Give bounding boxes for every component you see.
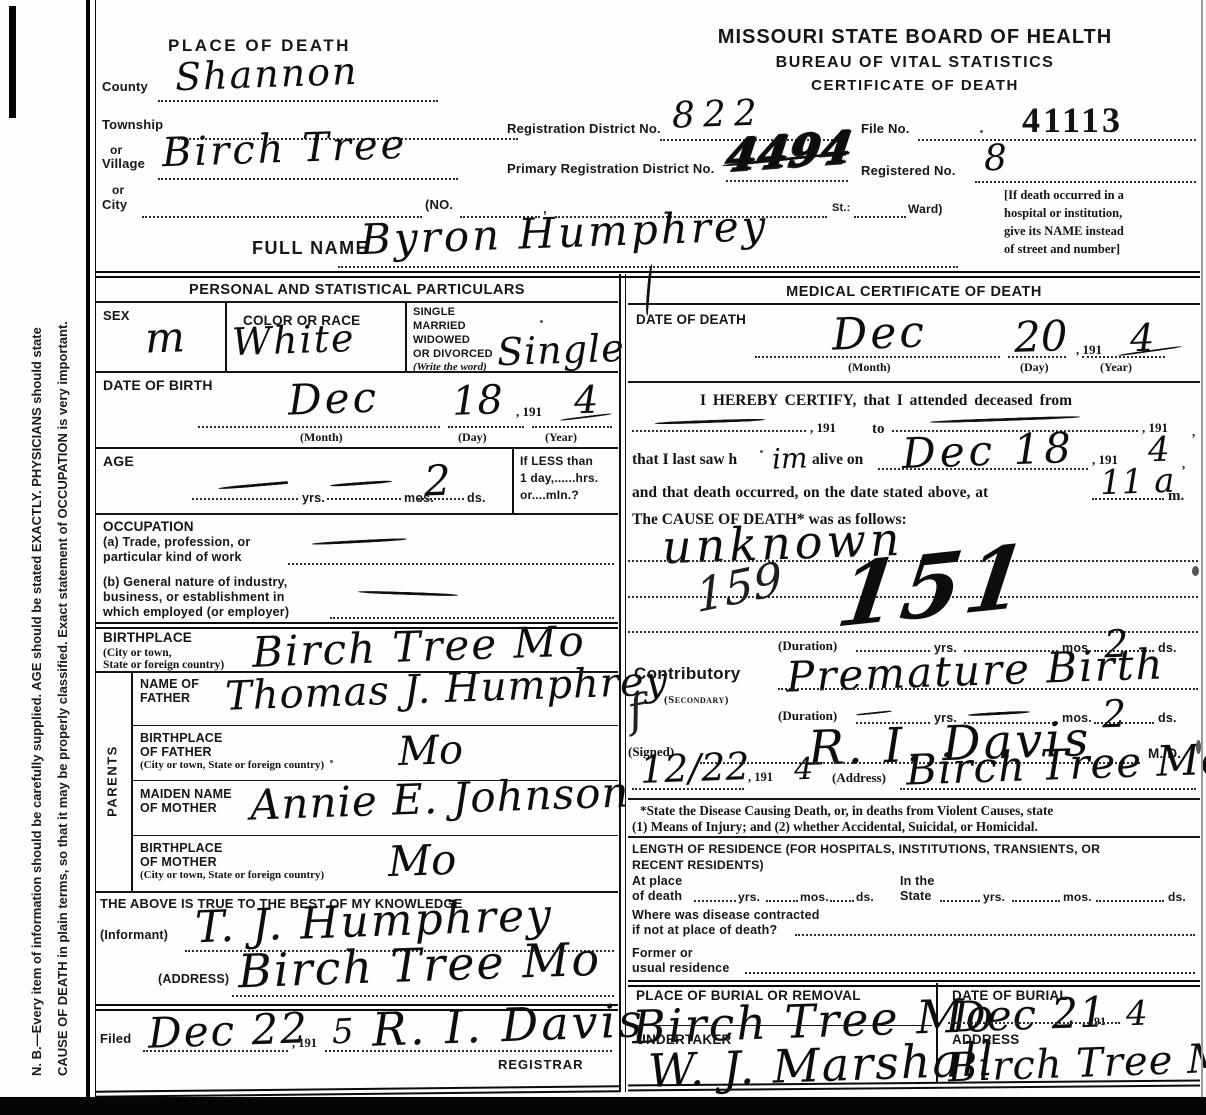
- dob-month-caption: (Month): [300, 430, 343, 445]
- speck-4: [980, 130, 983, 133]
- father-birthplace-label1: BIRTHPLACE: [140, 731, 223, 745]
- ward-label: Ward): [908, 203, 943, 217]
- former-residence-label1: Former or: [632, 946, 693, 960]
- father-name-label1: NAME OF: [140, 677, 199, 691]
- mother-name-value: Annie E. Johnson: [249, 767, 630, 829]
- dod-month-caption: (Month): [848, 360, 891, 375]
- age-years-dash: [218, 481, 288, 490]
- last-saw-line: [878, 468, 1088, 470]
- date-of-death-day: 20: [1013, 311, 1068, 362]
- at-place-label1: At place: [632, 874, 682, 888]
- father-birthplace-sub: (City or town, State or foreign country): [140, 759, 324, 773]
- county-line: [158, 100, 438, 102]
- primary-registration-value: 4494: [723, 121, 856, 181]
- mother-birthplace-sub: (City or town, State or foreign country): [140, 869, 324, 883]
- st-label: St.:: [832, 202, 851, 215]
- father-birthplace-value: Mo: [397, 727, 464, 775]
- registered-no-line: [975, 181, 1196, 183]
- sex-value: m: [144, 312, 186, 362]
- registrar-label: REGISTRAR: [498, 1058, 584, 1073]
- former-residence-line: [745, 972, 1195, 974]
- at-place-ds: ds.: [856, 891, 874, 905]
- color-race-value: White: [231, 316, 356, 364]
- signed-date-line: [632, 788, 744, 790]
- hospital-note-line1: [If death occurred in a: [1004, 188, 1124, 204]
- occupation-a-line1: (a) Trade, profession, or: [103, 535, 250, 549]
- burial-date-line: [948, 1022, 1120, 1024]
- scan-edge-fragment: [9, 6, 16, 118]
- street-no-label: (NO.: [425, 198, 453, 213]
- former-residence-label2: usual residence: [632, 961, 730, 975]
- age-label: AGE: [103, 453, 134, 469]
- file-no-label: File No.: [861, 122, 910, 137]
- father-birthplace-label2: OF FATHER: [140, 745, 212, 759]
- burial-year-value: 4: [1125, 994, 1148, 1035]
- dod-month-line: [755, 356, 1000, 358]
- board-heading: MISSOURI STATE BOARD OF HEALTH: [632, 26, 1198, 49]
- st-line: [854, 216, 906, 218]
- duration2-ds-unit: ds.: [1158, 711, 1177, 725]
- father-name-rule: [131, 725, 618, 726]
- mother-name-rule: [131, 835, 618, 836]
- village-label: Village: [102, 157, 145, 172]
- occupation-a-dash: [312, 538, 407, 546]
- last-saw-alive-on: alive on: [812, 450, 863, 469]
- occupation-b-line1: (b) General nature of industry,: [103, 575, 287, 589]
- county-label: County: [102, 80, 148, 95]
- or-label-2: or: [112, 184, 124, 198]
- occupation-b-line2: business, or establishment in: [103, 590, 285, 604]
- age-days-unit: ds.: [467, 491, 486, 505]
- filed-year-value: 5: [331, 1012, 354, 1053]
- date-of-death-month: Dec: [831, 306, 928, 360]
- file-no-value: 41113: [1022, 98, 1123, 143]
- signed-year-value: 4: [793, 752, 813, 788]
- dob-month-line: [198, 426, 440, 428]
- signed-address-value: Birch Tree Mo: [905, 734, 1206, 794]
- state-mos: mos.: [1063, 891, 1092, 905]
- occupation-a-line: [288, 563, 614, 565]
- footnote-line1: *State the Disease Causing Death, or, in…: [640, 803, 1053, 820]
- ink-blot-1: [1192, 566, 1199, 576]
- registrar-signature: R. I. Davis: [371, 993, 646, 1056]
- signed-date-value: 12/22: [639, 744, 750, 792]
- residence-title-line1: LENGTH OF RESIDENCE (FOR HOSPITALS, INST…: [632, 842, 1100, 856]
- state-mos-line: [1012, 900, 1060, 902]
- in-the-label1: In the: [900, 874, 935, 888]
- city-label: City: [102, 198, 127, 213]
- margin-note-line1: N. B.—Every item of information should b…: [24, 46, 50, 1076]
- at-place-label2: of death: [632, 889, 682, 903]
- in-the-label2: State: [900, 889, 932, 903]
- contracted-label1: Where was disease contracted: [632, 908, 820, 922]
- state-ds: ds.: [1168, 891, 1186, 905]
- burial-top-rule: [628, 980, 1200, 987]
- dod-year-caption: (Year): [1100, 360, 1132, 375]
- duration2-ds-line: [1094, 722, 1154, 724]
- death-time-m: m.: [1168, 487, 1184, 506]
- dob-label: DATE OF BIRTH: [103, 377, 213, 393]
- contributory-label: Contributory: [634, 664, 741, 684]
- occupation-b-line3: which employed (or employer): [103, 605, 289, 619]
- personal-section-title: PERSONAL AND STATISTICAL PARTICULARS: [96, 282, 618, 299]
- filed-date-line: [143, 1050, 288, 1052]
- parents-strip-divider: [131, 671, 133, 891]
- sex-cell-divider: [225, 303, 227, 371]
- village-value: Birch Tree: [161, 122, 408, 177]
- at-place-yrs: yrs.: [738, 891, 760, 905]
- attended-to-comma: ,: [1192, 424, 1195, 440]
- dob-day-line: [448, 426, 524, 428]
- age-months-line: [327, 498, 401, 500]
- father-name-label2: FATHER: [140, 691, 190, 705]
- dob-year-caption: (Year): [545, 430, 577, 445]
- township-label: Township: [102, 118, 163, 133]
- at-place-mos-line: [766, 900, 798, 902]
- hospital-note-line2: hospital or institution,: [1004, 206, 1122, 222]
- occupation-b-dash: [358, 590, 458, 596]
- form-left-border: [86, 0, 90, 1098]
- marital-label-1: SINGLE: [413, 306, 455, 319]
- race-cell-divider: [405, 303, 407, 371]
- at-place-yrs-line: [694, 900, 736, 902]
- hospital-note-line3: give its NAME instead: [1004, 224, 1124, 240]
- dob-year-prefix: , 191: [516, 404, 542, 420]
- signed-address-label: (Address): [832, 770, 886, 786]
- occupation-label: OCCUPATION: [103, 519, 194, 535]
- dob-month-value: Dec: [287, 372, 380, 424]
- birthplace-label: BIRTHPLACE: [103, 630, 192, 646]
- stamp-number-large: 151: [831, 525, 1036, 648]
- medical-section-title: MEDICAL CERTIFICATE OF DEATH: [628, 284, 1200, 301]
- attended-from-year: , 191: [810, 420, 836, 436]
- at-place-ds-line: [830, 900, 854, 902]
- bureau-heading: BUREAU OF VITAL STATISTICS: [632, 54, 1198, 72]
- attended-to-dash: [930, 415, 1080, 423]
- informant-label: (Informant): [100, 928, 168, 942]
- signed-address-line: [900, 788, 1196, 790]
- marital-value: Single: [496, 326, 625, 374]
- parents-label: PARENTS: [106, 745, 121, 817]
- marital-label-4: OR DIVORCED: [413, 348, 493, 361]
- age-cell-divider: [512, 449, 514, 513]
- certify-to-label: to: [872, 420, 885, 439]
- at-place-mos: mos.: [800, 891, 829, 905]
- death-time-value: 11 a: [1099, 461, 1175, 504]
- mother-name-label2: OF MOTHER: [140, 801, 217, 815]
- scan-bottom-bar: [0, 1097, 1206, 1115]
- full-name-line: [338, 266, 958, 268]
- certify-top-rule: [628, 381, 1200, 383]
- duration2-yrs-dash: [856, 710, 892, 716]
- occupation-a-line2: particular kind of work: [103, 550, 242, 564]
- mother-birthplace-value: Mo: [387, 835, 457, 886]
- personal-title-rule: [96, 301, 618, 303]
- secondary-label: (Secondary): [664, 694, 729, 708]
- state-ds-line: [1096, 900, 1164, 902]
- scan-right-edge: [1201, 0, 1203, 1097]
- certificate-heading: CERTIFICATE OF DEATH: [632, 77, 1198, 94]
- if-less-line2: 1 day,......hrs.: [520, 472, 598, 486]
- last-saw-pre-text: that I last saw h: [632, 450, 737, 469]
- state-yrs: yrs.: [983, 891, 1005, 905]
- filed-label: Filed: [100, 1032, 131, 1047]
- death-occurred-text: and that death occurred, on the date sta…: [632, 483, 988, 502]
- signed-year-prefix: , 191: [748, 770, 773, 786]
- hospital-note-line4: of street and number]: [1004, 242, 1120, 258]
- registration-district-label: Registration District No.: [507, 122, 661, 137]
- footnote-line2: (1) Means of Injury; and (2) whether Acc…: [632, 819, 1038, 836]
- death-time-line: [1092, 498, 1164, 500]
- last-saw-comma: ,: [1182, 456, 1185, 472]
- primary-registration-label: Primary Registration District No.: [507, 162, 714, 177]
- dod-day-line: [1008, 356, 1066, 358]
- ink-blot-2: [1196, 740, 1201, 754]
- dod-year-line: [1082, 356, 1165, 358]
- speck-1: [540, 320, 543, 323]
- dob-day-value: 18: [451, 377, 503, 425]
- contracted-line: [795, 934, 1195, 936]
- margin-note-line2: CAUSE OF DEATH in plain terms, so that i…: [50, 46, 76, 1076]
- registered-no-label: Registered No.: [861, 164, 956, 179]
- dob-day-caption: (Day): [458, 430, 487, 445]
- sex-label: SEX: [103, 309, 130, 324]
- age-years-line: [192, 498, 298, 500]
- residence-top-rule: [628, 836, 1200, 838]
- attended-from-line: [632, 430, 806, 432]
- footnote-top-rule: [628, 798, 1200, 800]
- if-less-line3: or....mIn.?: [520, 489, 579, 503]
- left-column-bottom-rule: [96, 1085, 620, 1097]
- mother-birthplace-label2: OF MOTHER: [140, 855, 217, 869]
- mother-birthplace-label1: BIRTHPLACE: [140, 841, 223, 855]
- primary-registration-line: [726, 180, 848, 182]
- marital-label-2: MARRIED: [413, 320, 466, 333]
- registrar-signature-line: [362, 1050, 612, 1052]
- certify-text: I HEREBY CERTIFY, that I attended deceas…: [700, 391, 1072, 410]
- mother-name-label1: MAIDEN NAME: [140, 787, 232, 801]
- village-line: [158, 178, 458, 180]
- age-years-unit: yrs.: [302, 491, 325, 505]
- state-yrs-line: [940, 900, 980, 902]
- county-value: Shannon: [174, 49, 359, 99]
- last-saw-him: im: [771, 441, 808, 475]
- margin-note: N. B.—Every item of information should b…: [24, 46, 76, 1076]
- attended-from-dash: [655, 418, 765, 425]
- speck-2: [760, 450, 763, 453]
- age-months-dash: [330, 480, 392, 487]
- full-name-label: FULL NAME: [252, 238, 369, 259]
- residence-title-line2: RECENT RESIDENTS): [632, 858, 764, 872]
- burial-place-line: [628, 1025, 932, 1026]
- filed-year-prefix: , 191: [292, 1036, 317, 1052]
- occupation-row-rule: [96, 513, 618, 515]
- dob-year-line: [532, 426, 612, 428]
- speck-3: [330, 760, 333, 763]
- full-name-value: Byron Humphrey: [359, 201, 769, 264]
- age-days-line: [418, 498, 464, 500]
- date-of-death-label: DATE OF DEATH: [636, 312, 746, 328]
- informant-address-label: (ADDRESS): [158, 972, 229, 986]
- duration2-days-value: 2: [1101, 692, 1127, 737]
- registered-no-value: 8: [983, 138, 1007, 180]
- form-left-border-inner: [95, 0, 96, 1098]
- medical-title-rule: [628, 303, 1200, 305]
- contracted-label2: if not at place of death?: [632, 923, 777, 937]
- filed-year-line: [325, 1050, 359, 1052]
- dod-day-caption: (Day): [1020, 360, 1049, 375]
- age-row-rule: [96, 447, 618, 449]
- if-less-line1: If LESS than: [520, 455, 593, 469]
- contributory-line: [778, 688, 1198, 690]
- death-certificate-scan: N. B.—Every item of information should b…: [0, 0, 1206, 1115]
- marital-label-3: WIDOWED: [413, 334, 470, 347]
- informant-address-value: Birch Tree Mo: [237, 932, 602, 999]
